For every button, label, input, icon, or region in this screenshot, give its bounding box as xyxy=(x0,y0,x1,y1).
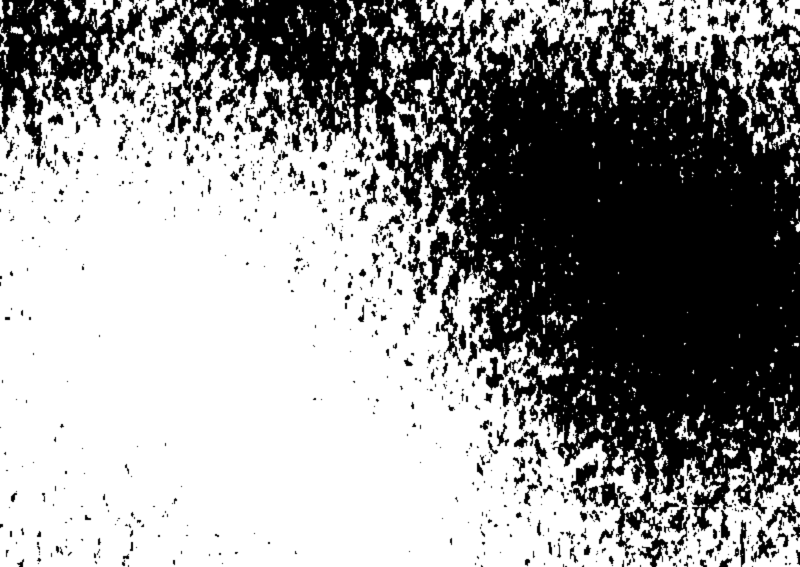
grunge-texture xyxy=(0,0,800,567)
